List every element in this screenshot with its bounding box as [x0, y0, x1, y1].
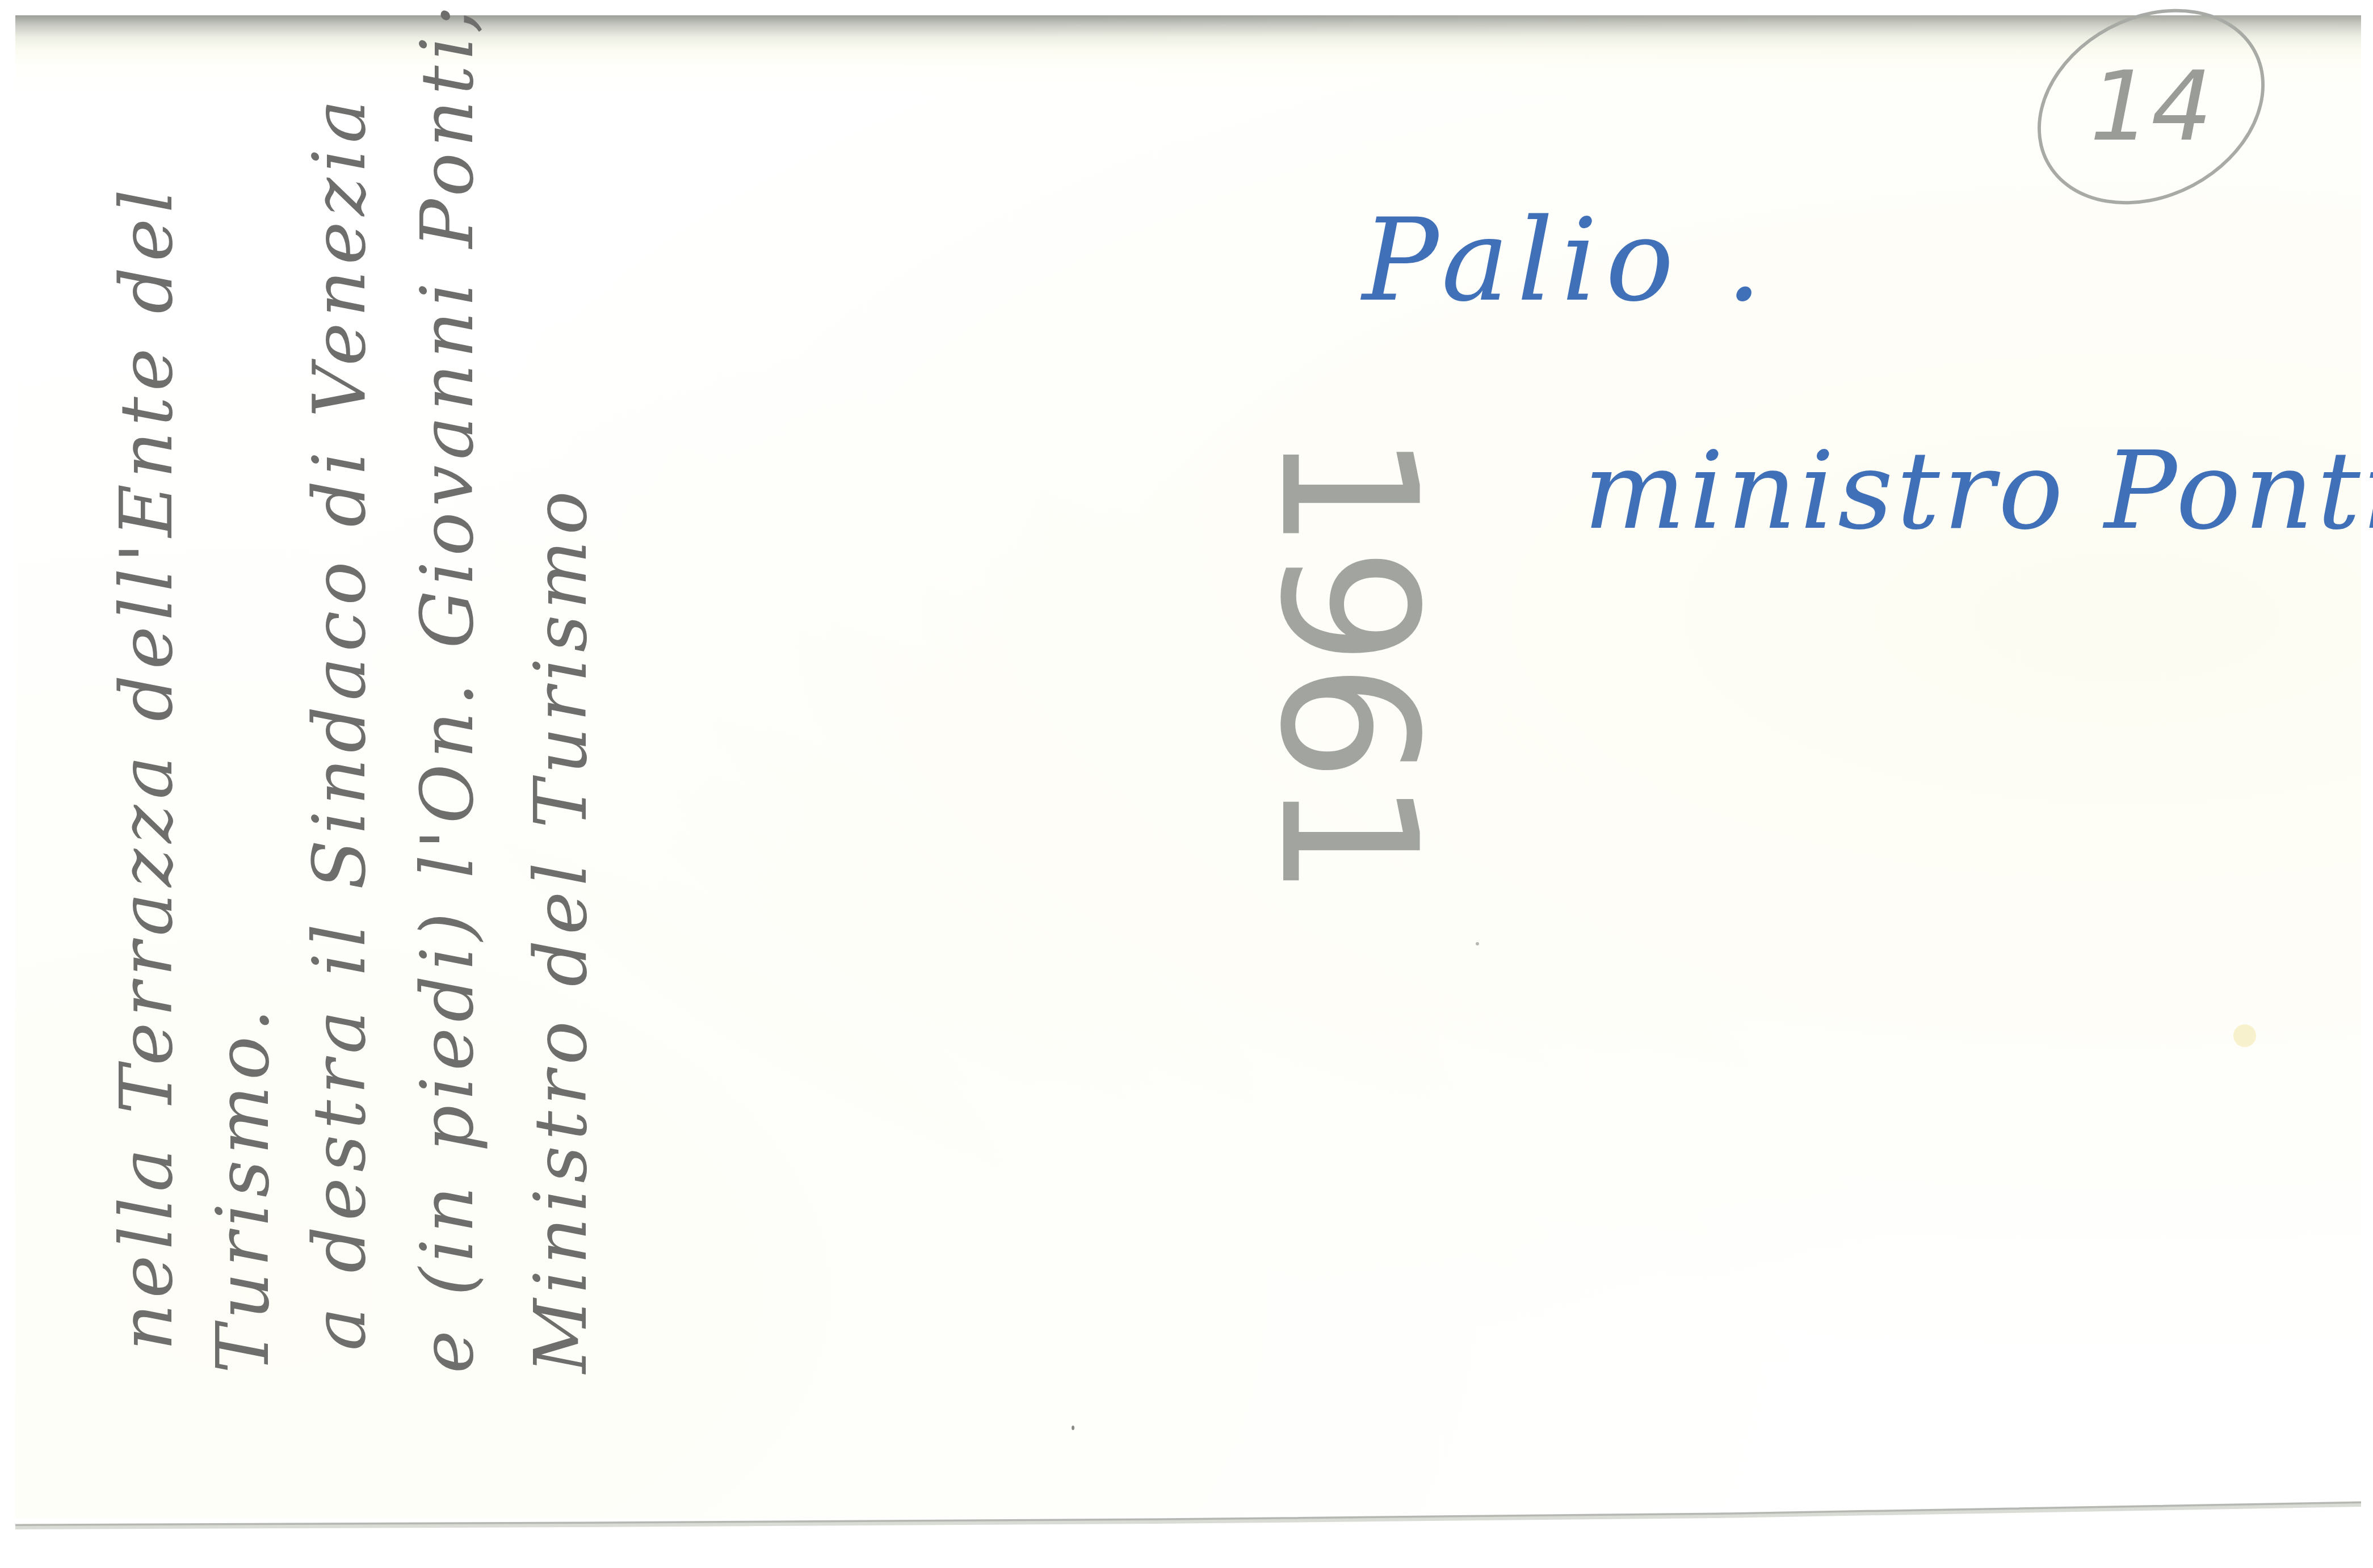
- archive-number: 14: [2035, 19, 2267, 194]
- caption-line-3: a destra il Sindaco di Venezia: [304, 94, 376, 1351]
- caption-line-4: e (in piedi) l'On. Giovanni Ponti;: [411, 1, 484, 1373]
- caption-line-2: Turismo.: [207, 1003, 280, 1374]
- paper-speck: [1476, 942, 1479, 945]
- paper-stain: [2233, 1024, 2256, 1047]
- paper-speck: [1072, 1426, 1074, 1430]
- caption-line-5: Ministro del Turismo: [525, 485, 598, 1373]
- caption-line-1: nella Terrazza dell'Ente del: [111, 184, 183, 1351]
- ink-note-palio: Palio .: [1362, 204, 1770, 318]
- ink-note-ministro-ponti: ministro Ponti: [1584, 437, 2373, 545]
- year-note: 1961: [1254, 431, 1442, 894]
